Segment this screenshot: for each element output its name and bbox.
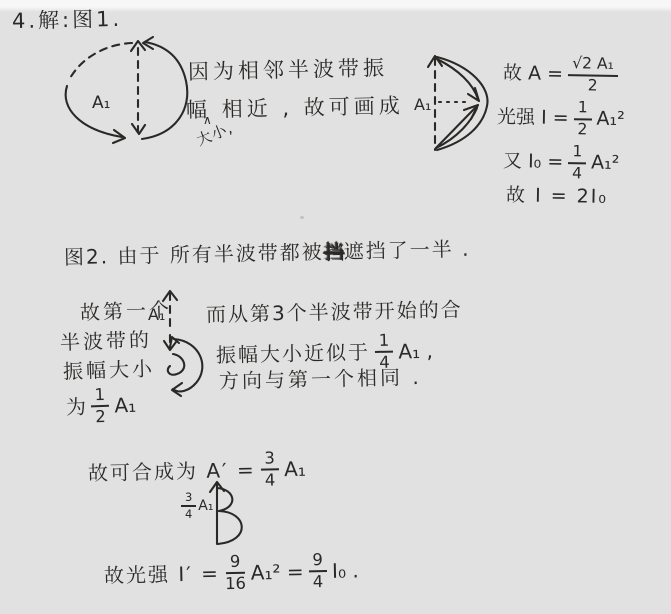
fig1-eq-intensity: 光强 I = 1 2 A₁²: [497, 99, 625, 138]
fraction-denominator: 2: [577, 120, 587, 138]
fig1-inserted-text: 大小,: [194, 120, 235, 150]
fig2-right-note-line1: 而从第3个半波带开始的合: [206, 298, 463, 326]
fraction-numerator: 1: [568, 144, 586, 164]
fig1-note-line2: 幅 相近 , 故可画成: [186, 94, 404, 123]
eq-rhs: A₁: [114, 394, 136, 418]
eq-lhs: 为: [66, 395, 87, 419]
fraction-numerator: 3: [181, 492, 196, 507]
result-composition-equation: 故可合成为 A′ = 3 4 A₁: [88, 450, 307, 493]
fraction-denominator: 16: [225, 574, 246, 593]
fig2-right-note-line3: 方向与第一个相同 .: [219, 366, 422, 393]
result-phasor-b-diagram: [202, 476, 262, 548]
fig2-caption-text: 遮挡了一半 .: [344, 237, 471, 264]
fraction-denominator: 4: [265, 471, 276, 490]
fig1-phasor-circle-diagram: [52, 36, 197, 156]
eq-lhs: 故光强 I′ =: [104, 562, 220, 587]
eq-lhs: 光强 I =: [497, 107, 569, 130]
fraction-numerator: 1: [90, 387, 109, 408]
fig1-note-line1: 因为相邻半波带振: [188, 56, 388, 84]
fraction: 1 2: [90, 387, 110, 426]
fraction-numerator: 1: [375, 333, 394, 354]
note-text: A₁ ,: [398, 340, 433, 364]
fig1-resultant-amplitude-label: A₁: [414, 96, 431, 114]
fig2-left-note-line4: 为 1 2 A₁: [65, 386, 136, 427]
fraction-numerator: √2 A₁: [568, 56, 618, 76]
fraction-numerator: 9: [308, 552, 327, 573]
amplitude-axis-dashed-line: [131, 41, 145, 134]
fraction-numerator: 9: [226, 554, 245, 575]
problem-header: 4.解:图1.: [12, 7, 123, 33]
fraction: 3 4: [260, 450, 279, 489]
amplitude-axis-dashed-line: [428, 56, 471, 150]
eq-mid: A₁² =: [251, 560, 304, 584]
eq-rhs: I₀ .: [332, 559, 359, 583]
handwritten-notes-page: 4.解:图1. A₁ 因为相邻半波带振 幅 相近 , 故可画成 ∧ 大小,: [0, 0, 671, 614]
fig2-left-note-line2: 半波带的: [60, 328, 153, 354]
fig1-eq-i0: 又 I₀ = 1 4 A₁²: [503, 143, 620, 182]
fig1-eq-amplitude: 故 A = √2 A₁ 2: [503, 55, 623, 94]
fraction-denominator: 2: [588, 76, 598, 94]
eq-rhs: A₁²: [596, 108, 625, 130]
fraction: √2 A₁ 2: [568, 56, 618, 94]
result-intensity-equation: 故光强 I′ = 9 16 A₁² = 9 4 I₀ .: [104, 551, 359, 595]
eq-rhs: A₁²: [591, 152, 620, 174]
fraction: 1 2: [573, 100, 592, 137]
eq-lhs: 故 A =: [503, 63, 563, 86]
fraction-numerator: 3: [260, 450, 279, 471]
crossed-out-character: 挡: [324, 240, 344, 263]
phasor-circle-arcs: [66, 37, 188, 143]
fig1-eq-conclusion: 故 I = 2I₀: [506, 185, 608, 209]
fig1-amplitude-label: A₁: [92, 94, 110, 114]
fraction: 9 4: [308, 552, 327, 591]
stray-ink-dot: [300, 216, 304, 219]
eq-rhs: A₁: [284, 458, 306, 481]
fig2-caption-text: 图2. 由于 所有半波带都被: [64, 240, 324, 269]
fraction: 9 16: [225, 554, 247, 593]
fraction-denominator: 4: [185, 507, 192, 520]
fraction-denominator: 4: [572, 164, 582, 182]
phasor-b-arcs: [217, 488, 242, 544]
fig2-amplitude-label: A₁: [148, 306, 165, 324]
fig2-caption: 图2. 由于 所有半波带都被挡遮挡了一半 .: [64, 238, 471, 270]
arc-end-arrow-icon: [172, 383, 182, 396]
fig2-left-note-line3: 振幅大小: [63, 357, 156, 383]
note-text: 振幅大小近似于: [216, 341, 370, 367]
fraction-numerator: 1: [574, 100, 592, 120]
fraction: 1 4: [568, 144, 587, 181]
fraction-denominator: 4: [313, 572, 324, 591]
fraction-denominator: 2: [95, 407, 106, 426]
phasor-lens-arcs: [436, 57, 488, 150]
eq-lhs: 又 I₀ =: [503, 151, 564, 174]
fraction: 3 4: [181, 492, 196, 521]
resultant-vector-line: [210, 482, 224, 544]
